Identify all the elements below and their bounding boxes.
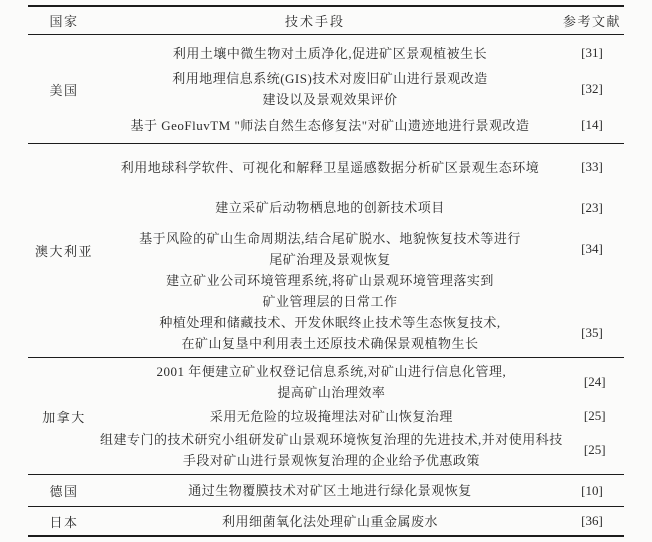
country-section: 德国 通过生物覆膜技术对矿区土地进行绿化景观恢复 [10]	[28, 475, 624, 507]
technique-line: 提高矿山治理效率	[100, 382, 563, 403]
technique-cell: 2001 年便建立矿业权登记信息系统,对矿山进行信息化管理,提高矿山治理效率	[100, 361, 563, 403]
reference-cell: [25]	[563, 408, 627, 424]
technique-row: 利用土壤中微生物对土质净化,促进矿区景观植被生长 [31]	[100, 38, 624, 68]
reference-cell: [34]	[560, 241, 624, 257]
technique-cell: 利用地理信息系统(GIS)技术对废旧矿山进行景观改造建设以及景观效果评价	[100, 68, 560, 110]
technique-line: 建立矿业公司环境管理系统,将矿山景观环境管理落实到	[100, 270, 560, 291]
technique-line: 在矿山复垦中利用表土还原技术确保景观植物生长	[100, 333, 560, 354]
technique-cell: 采用无危险的垃圾掩埋法对矿山恢复治理	[100, 406, 563, 427]
technique-row: 利用地理信息系统(GIS)技术对废旧矿山进行景观改造建设以及景观效果评价 [32…	[100, 68, 624, 110]
technique-cell: 建立矿业公司环境管理系统,将矿山景观环境管理落实到矿业管理层的日常工作	[100, 270, 560, 312]
reference-cell: [36]	[560, 513, 624, 529]
reference-cell: [24]	[563, 374, 627, 390]
technique-line: 尾矿治理及景观恢复	[100, 249, 560, 270]
country-section: 加拿大 2001 年便建立矿业权登记信息系统,对矿山进行信息化管理,提高矿山治理…	[28, 358, 624, 475]
technique-cell: 利用土壤中微生物对土质净化,促进矿区景观植被生长	[100, 43, 560, 64]
technique-line: 基于风险的矿山生命周期法,结合尾矿脱水、地貌恢复技术等进行	[100, 228, 560, 249]
country-section: 日本 利用细菌氧化法处理矿山重金属废水 [36]	[28, 507, 624, 535]
header-country: 国家	[28, 11, 100, 30]
technique-row: 利用地球科学软件、可视化和解释卫星遥感数据分析矿区景观生态环境 [33]	[100, 147, 624, 188]
reference-cell: [31]	[560, 45, 624, 61]
section-entries: 2001 年便建立矿业权登记信息系统,对矿山进行信息化管理,提高矿山治理效率 […	[100, 358, 627, 474]
technique-cell: 利用细菌氧化法处理矿山重金属废水	[100, 511, 560, 532]
reference-cell: [14]	[560, 117, 624, 133]
technique-line: 采用无危险的垃圾掩埋法对矿山恢复治理	[100, 406, 563, 427]
technique-row: 建立矿业公司环境管理系统,将矿山景观环境管理落实到矿业管理层的日常工作	[100, 270, 624, 312]
technique-cell: 种植处理和储藏技术、开发休眠终止技术等生态恢复技术,在矿山复垦中利用表土还原技术…	[100, 312, 560, 354]
technique-line: 组建专门的技术研究小组研发矿山景观环境恢复治理的先进技术,并对使用科技	[100, 429, 563, 450]
technique-row: 通过生物覆膜技术对矿区土地进行绿化景观恢复 [10]	[100, 478, 624, 503]
header-technique: 技术手段	[100, 11, 560, 30]
technique-cell: 组建专门的技术研究小组研发矿山景观环境恢复治理的先进技术,并对使用科技手段对矿山…	[100, 429, 563, 471]
section-entries: 利用细菌氧化法处理矿山重金属废水 [36]	[100, 507, 624, 535]
table-header-row: 国家 技术手段 参考文献	[28, 7, 624, 35]
reference-cell: [25]	[563, 442, 627, 458]
technique-line: 2001 年便建立矿业权登记信息系统,对矿山进行信息化管理,	[100, 361, 563, 382]
technique-line: 手段对矿山进行景观恢复治理的企业给予优惠政策	[100, 450, 563, 471]
technique-line: 种植处理和储藏技术、开发休眠终止技术等生态恢复技术,	[100, 312, 560, 333]
section-entries: 通过生物覆膜技术对矿区土地进行绿化景观恢复 [10]	[100, 475, 624, 506]
technique-row: 利用细菌氧化法处理矿山重金属废水 [36]	[100, 510, 624, 532]
country-cell: 日本	[28, 507, 100, 535]
technique-cell: 通过生物覆膜技术对矿区土地进行绿化景观恢复	[100, 480, 560, 501]
technique-line: 建立采矿后动物栖息地的创新技术项目	[100, 197, 560, 218]
reference-cell: [33]	[560, 159, 624, 175]
technique-line: 利用地理信息系统(GIS)技术对废旧矿山进行景观改造	[100, 68, 560, 89]
technique-line: 利用细菌氧化法处理矿山重金属废水	[100, 511, 560, 532]
technique-line: 基于 GeoFluvTM "师法自然生态修复法"对矿山遗迹地进行景观改造	[100, 115, 560, 136]
reference-cell: [32]	[560, 81, 624, 97]
header-reference: 参考文献	[560, 11, 624, 30]
country-cell: 德国	[28, 475, 100, 506]
country-section: 美国 利用土壤中微生物对土质净化,促进矿区景观植被生长 [31] 利用地理信息系…	[28, 35, 624, 144]
table-body: 美国 利用土壤中微生物对土质净化,促进矿区景观植被生长 [31] 利用地理信息系…	[28, 35, 624, 535]
technique-cell: 利用地球科学软件、可视化和解释卫星遥感数据分析矿区景观生态环境	[100, 157, 560, 178]
technique-line: 利用土壤中微生物对土质净化,促进矿区景观植被生长	[100, 43, 560, 64]
technique-cell: 基于风险的矿山生命周期法,结合尾矿脱水、地貌恢复技术等进行尾矿治理及景观恢复	[100, 228, 560, 270]
technique-row: 组建专门的技术研究小组研发矿山景观环境恢复治理的先进技术,并对使用科技手段对矿山…	[100, 429, 627, 471]
technique-line: 矿业管理层的日常工作	[100, 291, 560, 312]
country-section: 澳大利亚 利用地球科学软件、可视化和解释卫星遥感数据分析矿区景观生态环境 [33…	[28, 144, 624, 358]
reference-cell: [35]	[560, 325, 624, 341]
country-cell: 澳大利亚	[28, 144, 100, 357]
reference-cell: [10]	[560, 483, 624, 499]
technique-line: 建设以及景观效果评价	[100, 89, 560, 110]
country-cell: 加拿大	[28, 358, 100, 474]
technique-row: 2001 年便建立矿业权登记信息系统,对矿山进行信息化管理,提高矿山治理效率 […	[100, 361, 627, 403]
technique-row: 基于风险的矿山生命周期法,结合尾矿脱水、地貌恢复技术等进行尾矿治理及景观恢复 […	[100, 228, 624, 270]
technique-line: 通过生物覆膜技术对矿区土地进行绿化景观恢复	[100, 480, 560, 501]
section-entries: 利用土壤中微生物对土质净化,促进矿区景观植被生长 [31] 利用地理信息系统(G…	[100, 35, 624, 143]
technique-cell: 建立采矿后动物栖息地的创新技术项目	[100, 197, 560, 218]
country-cell: 美国	[28, 35, 100, 143]
technique-row: 采用无危险的垃圾掩埋法对矿山恢复治理 [25]	[100, 403, 627, 429]
reference-cell: [23]	[560, 200, 624, 216]
technique-row: 种植处理和储藏技术、开发休眠终止技术等生态恢复技术,在矿山复垦中利用表土还原技术…	[100, 312, 624, 354]
technique-table: 国家 技术手段 参考文献 美国 利用土壤中微生物对土质净化,促进矿区景观植被生长…	[28, 5, 624, 537]
section-entries: 利用地球科学软件、可视化和解释卫星遥感数据分析矿区景观生态环境 [33] 建立采…	[100, 144, 624, 357]
technique-row: 基于 GeoFluvTM "师法自然生态修复法"对矿山遗迹地进行景观改造 [14…	[100, 110, 624, 140]
technique-line: 利用地球科学软件、可视化和解释卫星遥感数据分析矿区景观生态环境	[100, 157, 560, 178]
technique-row: 建立采矿后动物栖息地的创新技术项目 [23]	[100, 188, 624, 229]
technique-cell: 基于 GeoFluvTM "师法自然生态修复法"对矿山遗迹地进行景观改造	[100, 115, 560, 136]
